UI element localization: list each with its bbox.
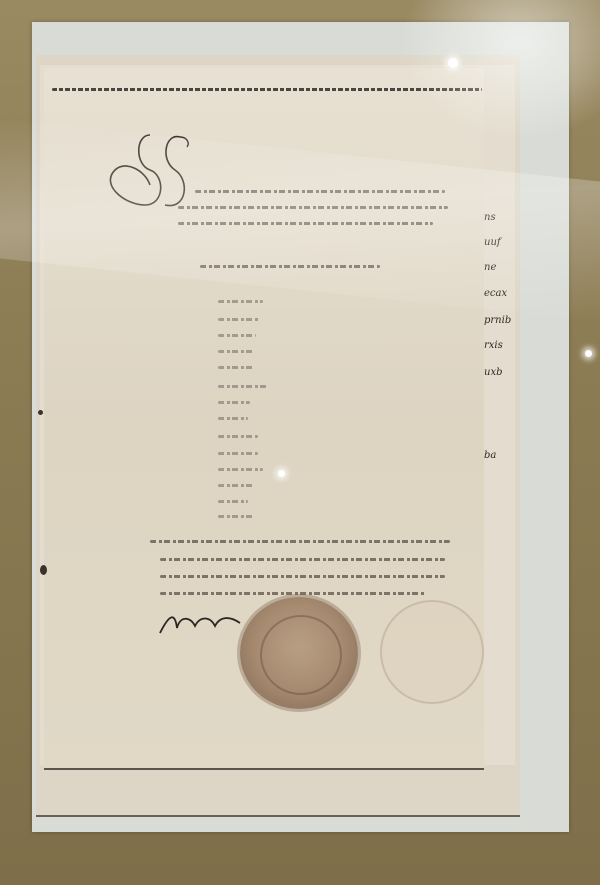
closing-text-line: [160, 592, 425, 595]
list-entry: [218, 350, 253, 353]
margin-fragment: uuf: [484, 237, 501, 248]
closing-text-line: [160, 558, 445, 561]
intro-text-line: [178, 206, 448, 209]
intro-text-line: [195, 190, 445, 193]
faded-seal-impression: [380, 600, 484, 704]
light-reflection: [585, 350, 592, 357]
seal-emblem-icon: [260, 615, 342, 695]
light-reflection: [278, 470, 285, 477]
list-entry: [218, 366, 253, 369]
header-text-line: [52, 88, 482, 91]
ink-spot: [38, 410, 43, 415]
list-entry: [218, 468, 263, 471]
margin-fragment: ecax: [484, 288, 507, 299]
list-entry: [218, 417, 248, 420]
margin-fragment: rxis: [484, 340, 503, 351]
list-entry: [218, 515, 253, 518]
list-entry: [218, 484, 253, 487]
list-entry: [218, 452, 258, 455]
margin-fragment: prnib: [484, 315, 511, 326]
list-entry: [218, 500, 248, 503]
light-reflection: [448, 58, 458, 68]
list-heading-line: [200, 265, 380, 268]
signature-mark: [155, 608, 245, 638]
intro-text-line: [178, 222, 433, 225]
monogram-ss-icon: [95, 125, 215, 215]
margin-fragment: ne: [484, 262, 496, 273]
list-entry: [218, 435, 258, 438]
list-entry: [218, 385, 268, 388]
closing-text-line: [150, 540, 450, 543]
list-entry: [218, 334, 256, 337]
margin-fragment: ba: [484, 450, 496, 461]
margin-fragment: uxb: [484, 367, 502, 378]
closing-text-line: [160, 575, 445, 578]
wax-seal: [240, 597, 358, 709]
margin-fragment: ns: [484, 212, 496, 223]
list-entry: [218, 401, 250, 404]
list-entry: [218, 318, 260, 321]
ink-spot: [40, 565, 47, 575]
list-entry: [218, 300, 263, 303]
